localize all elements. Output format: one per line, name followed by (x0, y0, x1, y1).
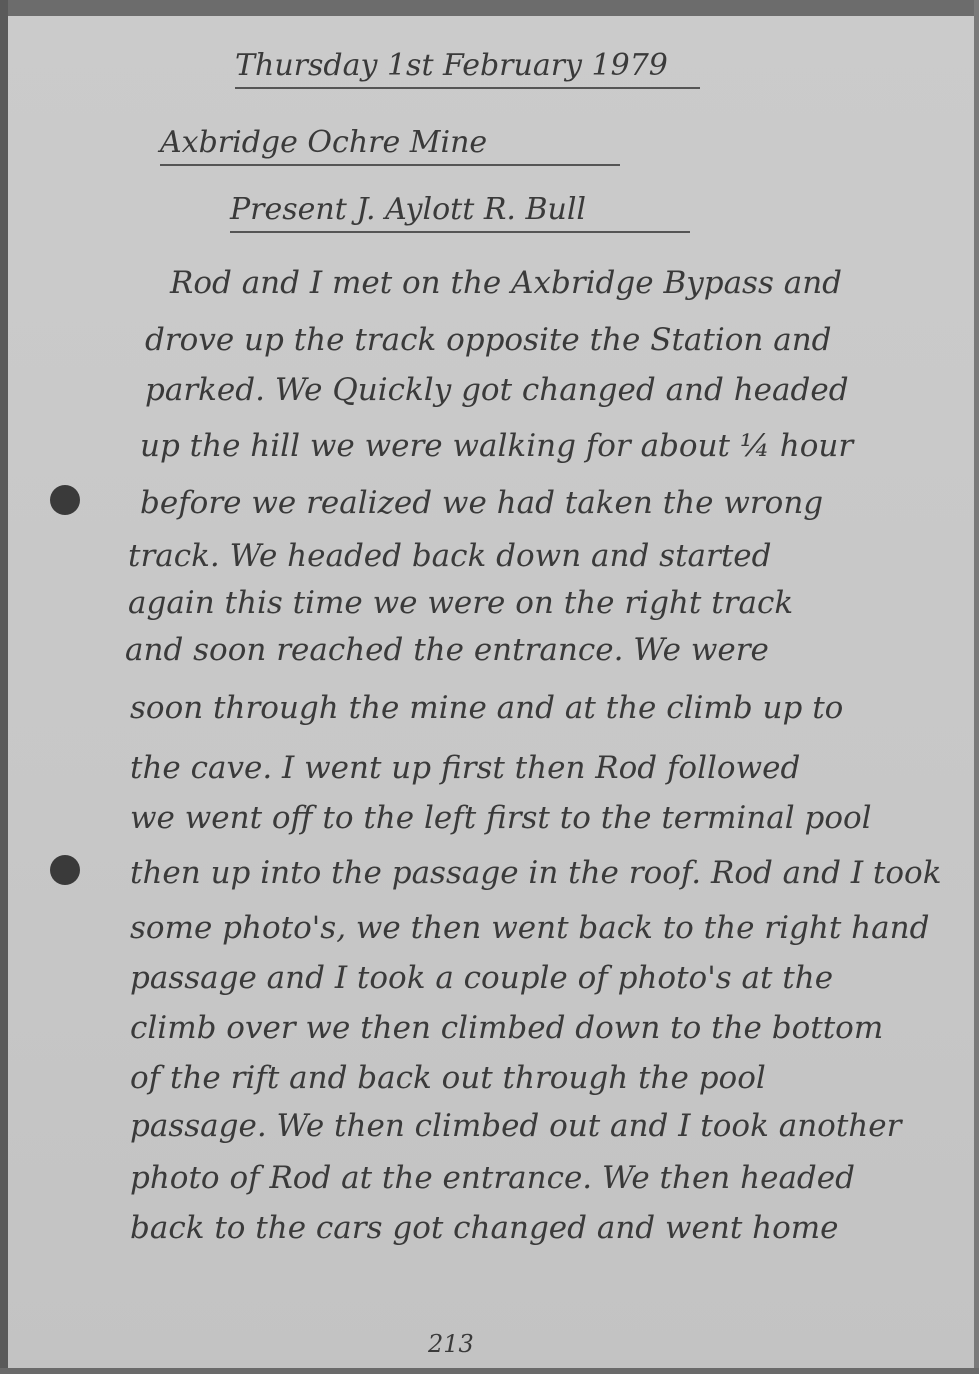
location-heading: Axbridge Ochre Mine (160, 125, 620, 166)
date-heading: Thursday 1st February 1979 (235, 48, 700, 89)
present-heading: Present J. Aylott R. Bull (230, 192, 690, 233)
scan-border-top (0, 0, 979, 16)
scan-border-right (974, 0, 979, 1374)
journal-line: climb over we then climbed down to the b… (130, 1010, 883, 1046)
journal-line: some photo's, we then went back to the r… (130, 910, 929, 946)
journal-line: track. We headed back down and started (128, 538, 771, 574)
journal-line: back to the cars got changed and went ho… (130, 1210, 839, 1246)
journal-line: of the rift and back out through the poo… (130, 1060, 766, 1096)
journal-line: and soon reached the entrance. We were (125, 632, 769, 668)
scan-border-bottom (0, 1368, 979, 1374)
journal-line: again this time we were on the right tra… (128, 585, 793, 621)
page-number: 213 (428, 1330, 474, 1358)
journal-line: up the hill we were walking for about ¼ … (140, 428, 853, 464)
journal-line: parked. We Quickly got changed and heade… (145, 372, 849, 408)
journal-line: the cave. I went up first then Rod follo… (130, 750, 800, 786)
journal-line: before we realized we had taken the wron… (140, 485, 823, 521)
journal-line: drove up the track opposite the Station … (145, 322, 832, 358)
journal-line: photo of Rod at the entrance. We then he… (130, 1160, 855, 1196)
journal-line: passage. We then climbed out and I took … (130, 1108, 901, 1144)
punch-hole-lower (50, 855, 80, 885)
punch-hole-upper (50, 485, 80, 515)
journal-line: then up into the passage in the roof. Ro… (130, 855, 942, 891)
journal-line: passage and I took a couple of photo's a… (130, 960, 833, 996)
journal-line: Rod and I met on the Axbridge Bypass and (170, 265, 842, 301)
journal-line: we went off to the left first to the ter… (130, 800, 872, 836)
scan-border-left (0, 0, 8, 1374)
journal-line: soon through the mine and at the climb u… (130, 690, 843, 726)
